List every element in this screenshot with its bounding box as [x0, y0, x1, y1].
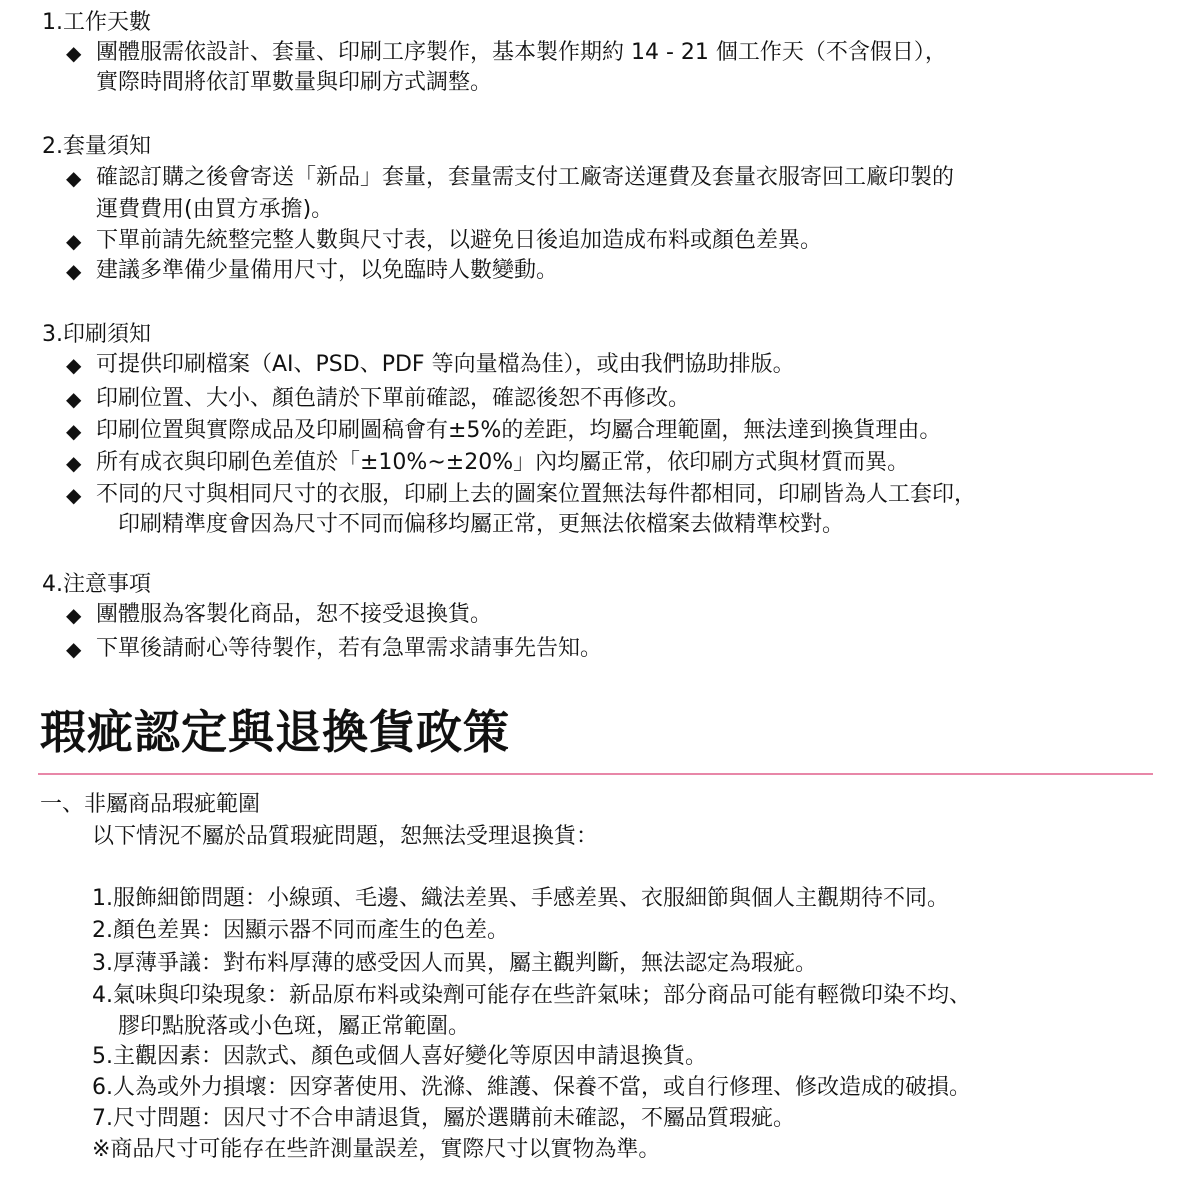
bullet-item: ◆ 下單前請先統整完整人數與尺寸表，以避免日後追加造成布料或顏色差異。	[66, 226, 822, 256]
bullet-text: 下單前請先統整完整人數與尺寸表，以避免日後追加造成布料或顏色差異。	[96, 226, 822, 256]
bullet-text: 下單後請耐心等待製作，若有急單需求請事先告知。	[96, 634, 602, 664]
policy-item: 1.服飾細節問題：小線頭、毛邊、織法差異、手感差異、衣服細節與個人主觀期待不同。	[92, 884, 949, 914]
bullet-text-continuation: 實際時間將依訂單數量與印刷方式調整。	[96, 68, 492, 98]
pink-divider	[38, 773, 1153, 775]
bullet-text-continuation: 運費費用(由買方承擔)。	[96, 195, 333, 225]
bullet-text-continuation: 印刷精準度會因為尺寸不同而偏移均屬正常，更無法依檔案去做精準校對。	[118, 510, 844, 540]
diamond-bullet-icon: ◆	[66, 416, 96, 446]
diamond-bullet-icon: ◆	[66, 480, 96, 510]
diamond-bullet-icon: ◆	[66, 256, 96, 286]
section-heading-sizing-kit: 2.套量須知	[42, 132, 151, 162]
policy-footnote: ※商品尺寸可能存在些許測量誤差，實際尺寸以實物為準。	[92, 1135, 660, 1165]
bullet-item: ◆ 建議多準備少量備用尺寸，以免臨時人數變動。	[66, 256, 558, 286]
bullet-item: ◆ 所有成衣與印刷色差值於「±10%~±20%」內均屬正常，依印刷方式與材質而異…	[66, 448, 909, 478]
policy-item: 7.尺寸問題：因尺寸不合申請退貨，屬於選購前未確認，不屬品質瑕疵。	[92, 1104, 795, 1134]
bullet-text: 印刷位置、大小、顏色請於下單前確認，確認後恕不再修改。	[96, 384, 690, 414]
bullet-item: ◆ 不同的尺寸與相同尺寸的衣服，印刷上去的圖案位置無法每件都相同，印刷皆為人工套…	[66, 480, 976, 510]
policy-item-continuation: 膠印點脫落或小色斑，屬正常範圍。	[118, 1012, 470, 1042]
bullet-item: ◆ 下單後請耐心等待製作，若有急單需求請事先告知。	[66, 634, 602, 664]
policy-title: 瑕疵認定與退換貨政策	[40, 700, 510, 764]
bullet-text: 建議多準備少量備用尺寸，以免臨時人數變動。	[96, 256, 558, 286]
section-heading-work-days: 1.工作天數	[42, 8, 151, 38]
bullet-text: 印刷位置與實際成品及印刷圖稿會有±5%的差距，均屬合理範圍，無法達到換貨理由。	[96, 416, 941, 446]
diamond-bullet-icon: ◆	[66, 163, 96, 193]
bullet-text: 確認訂購之後會寄送「新品」套量，套量需支付工廠寄送運費及套量衣服寄回工廠印製的	[96, 163, 954, 193]
bullet-text: 可提供印刷檔案（AI、PSD、PDF 等向量檔為佳），或由我們協助排版。	[96, 350, 795, 380]
bullet-item: ◆ 確認訂購之後會寄送「新品」套量，套量需支付工廠寄送運費及套量衣服寄回工廠印製…	[66, 163, 954, 193]
diamond-bullet-icon: ◆	[66, 384, 96, 414]
policy-item: 6.人為或外力損壞：因穿著使用、洗滌、維護、保養不當，或自行修理、修改造成的破損…	[92, 1073, 971, 1103]
policy-item: 5.主觀因素：因款式、顏色或個人喜好變化等原因申請退換貨。	[92, 1042, 707, 1072]
diamond-bullet-icon: ◆	[66, 600, 96, 630]
policy-subheading: 一、非屬商品瑕疵範圍	[40, 790, 260, 820]
bullet-item: ◆ 印刷位置、大小、顏色請於下單前確認，確認後恕不再修改。	[66, 384, 690, 414]
diamond-bullet-icon: ◆	[66, 634, 96, 664]
policy-intro: 以下情況不屬於品質瑕疵問題，恕無法受理退換貨：	[92, 822, 598, 852]
section-heading-printing: 3.印刷須知	[42, 320, 151, 350]
bullet-text: 所有成衣與印刷色差值於「±10%~±20%」內均屬正常，依印刷方式與材質而異。	[96, 448, 909, 478]
diamond-bullet-icon: ◆	[66, 38, 96, 68]
diamond-bullet-icon: ◆	[66, 226, 96, 256]
diamond-bullet-icon: ◆	[66, 350, 96, 380]
policy-item: 2.顏色差異：因顯示器不同而產生的色差。	[92, 916, 509, 946]
diamond-bullet-icon: ◆	[66, 448, 96, 478]
section-heading-notes: 4.注意事項	[42, 570, 151, 600]
bullet-item: ◆ 團體服需依設計、套量、印刷工序製作，基本製作期約 14 - 21 個工作天（…	[66, 38, 947, 68]
bullet-text: 團體服為客製化商品，恕不接受退換貨。	[96, 600, 492, 630]
policy-item: 4.氣味與印染現象：新品原布料或染劑可能存在些許氣味；部分商品可能有輕微印染不均…	[92, 981, 971, 1011]
bullet-item: ◆ 印刷位置與實際成品及印刷圖稿會有±5%的差距，均屬合理範圍，無法達到換貨理由…	[66, 416, 941, 446]
bullet-text: 團體服需依設計、套量、印刷工序製作，基本製作期約 14 - 21 個工作天（不含…	[96, 38, 947, 68]
bullet-item: ◆ 團體服為客製化商品，恕不接受退換貨。	[66, 600, 492, 630]
bullet-text: 不同的尺寸與相同尺寸的衣服，印刷上去的圖案位置無法每件都相同，印刷皆為人工套印，	[96, 480, 976, 510]
bullet-item: ◆ 可提供印刷檔案（AI、PSD、PDF 等向量檔為佳），或由我們協助排版。	[66, 350, 795, 380]
policy-item: 3.厚薄爭議：對布料厚薄的感受因人而異，屬主觀判斷，無法認定為瑕疵。	[92, 949, 817, 979]
